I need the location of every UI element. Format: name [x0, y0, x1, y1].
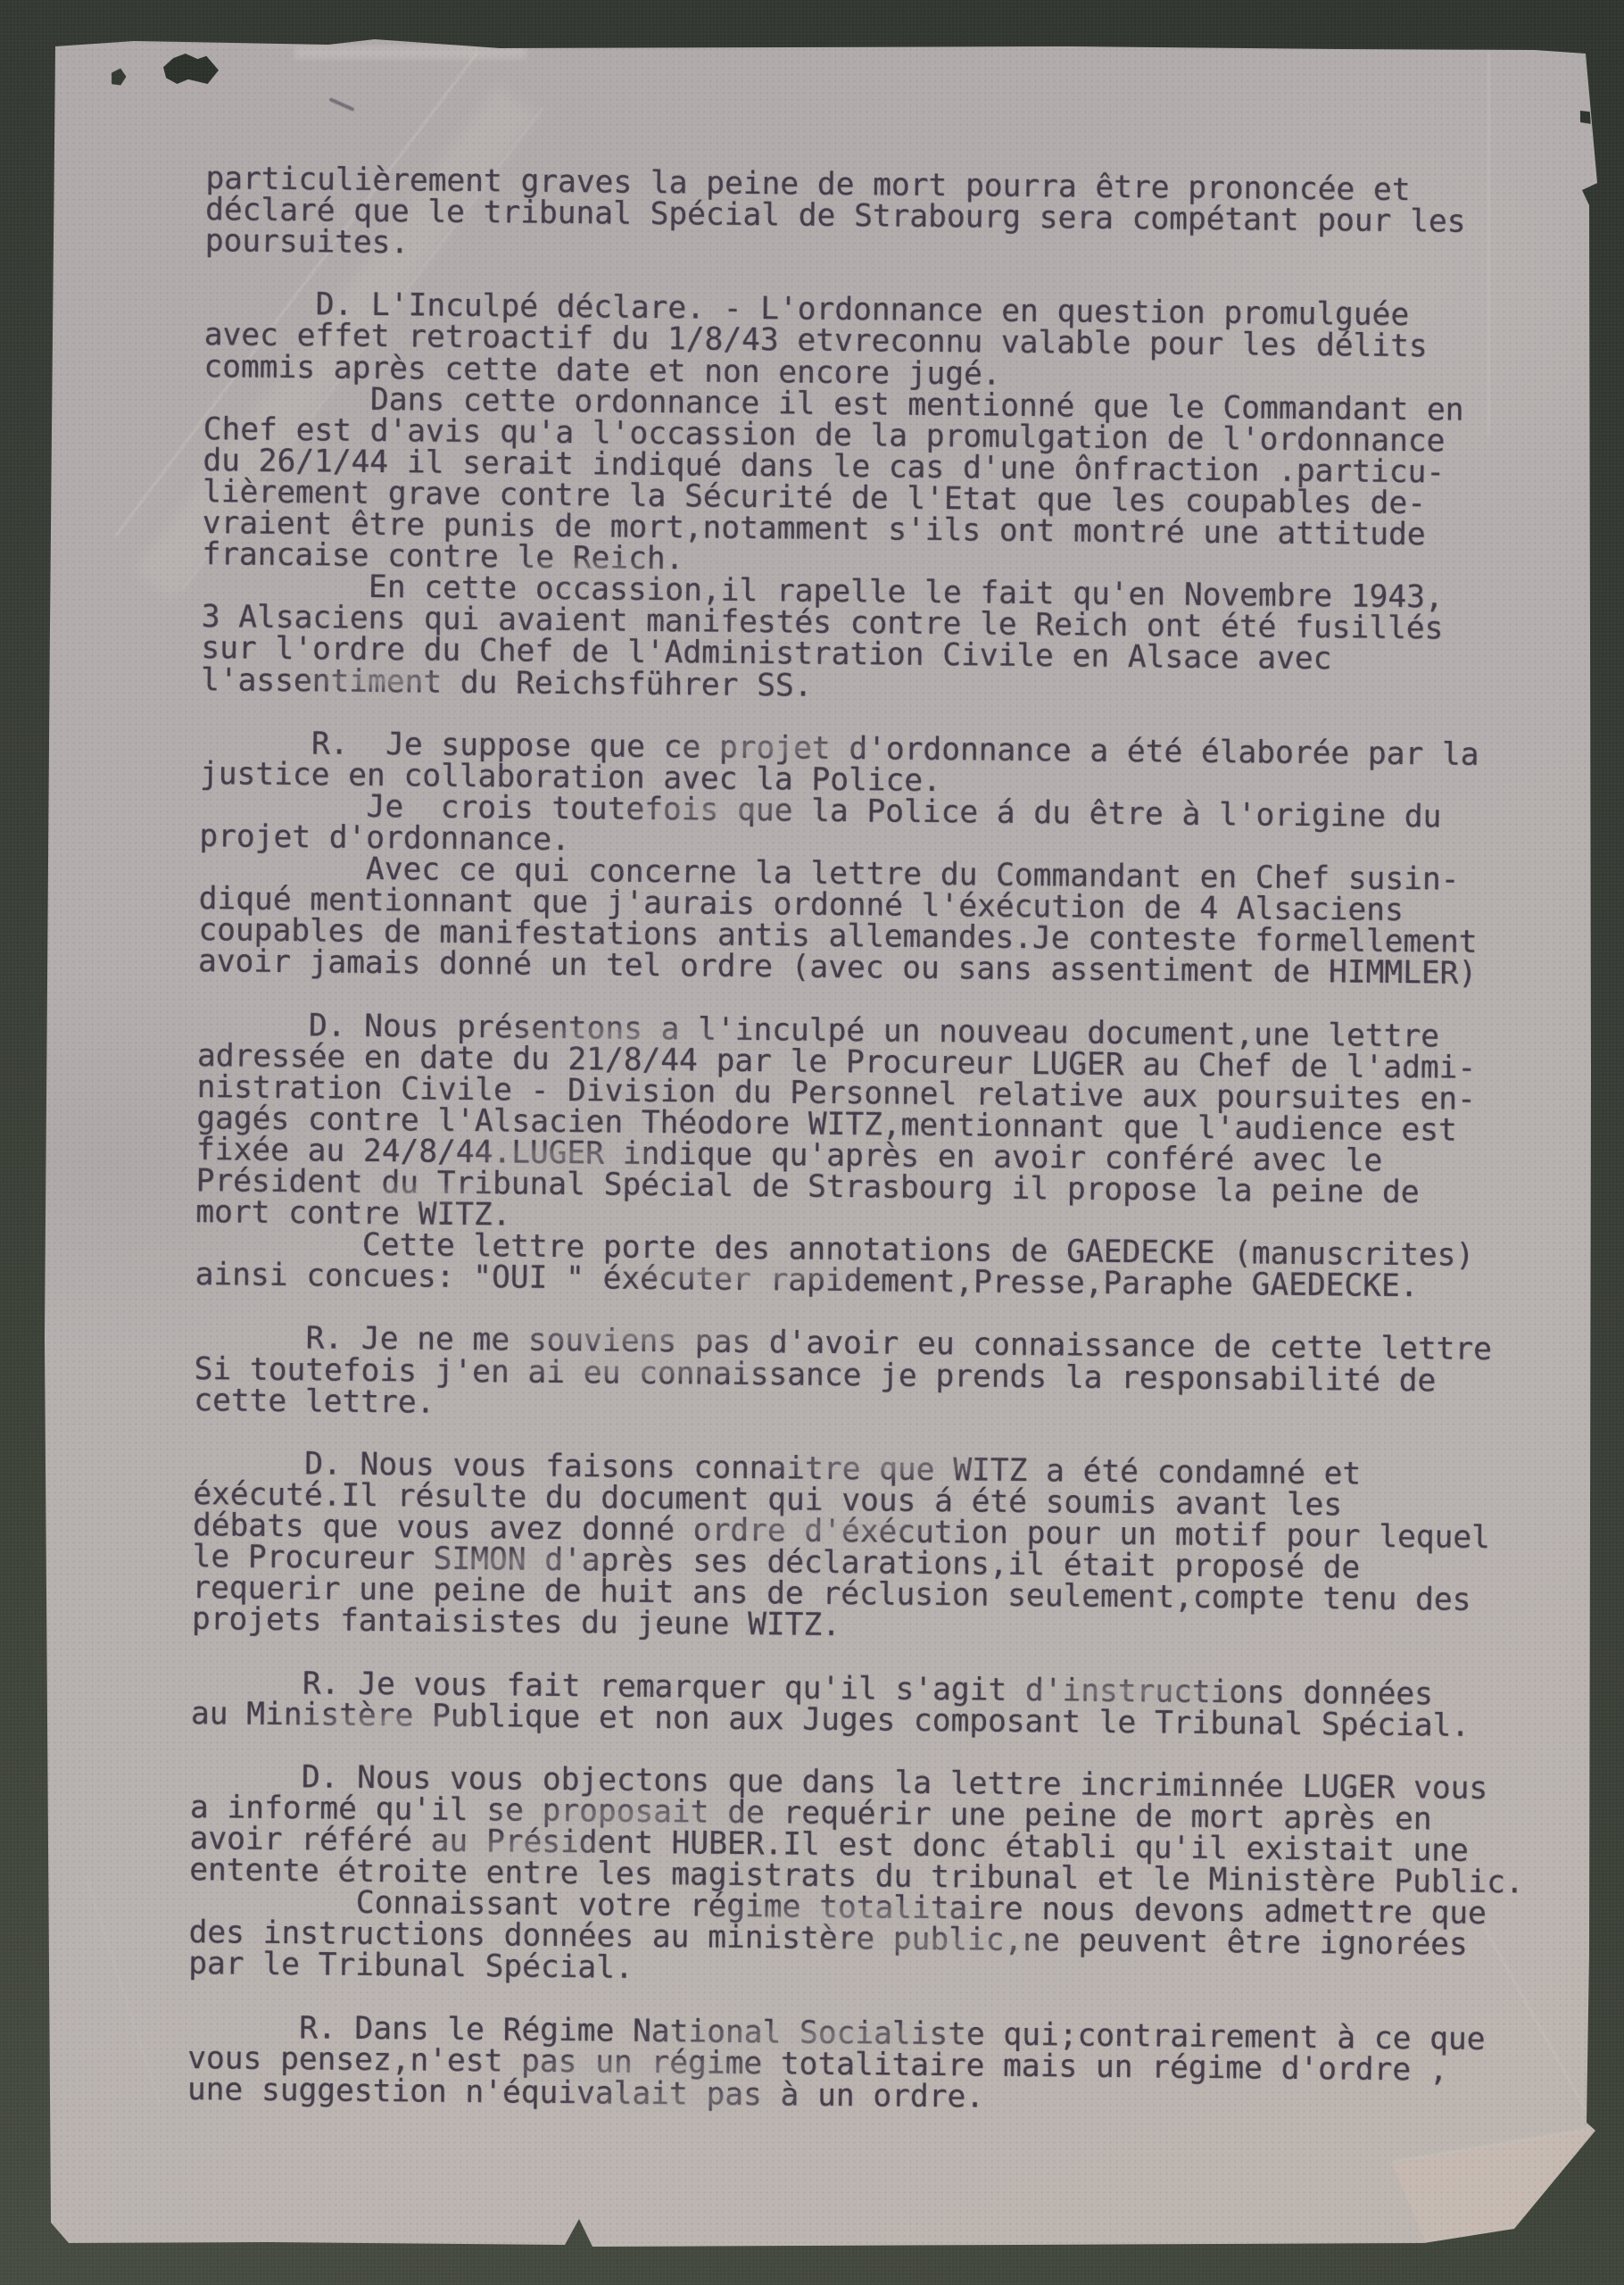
paper-sheet: particulièrement graves la peine de mort…: [0, 0, 1624, 2285]
typed-text-block: particulièrement graves la peine de mort…: [187, 163, 1540, 2118]
paper-tear-hole: [163, 54, 219, 84]
paper-tear-small: [106, 65, 128, 87]
crease-line: [1392, 2128, 1595, 2165]
document-scan: particulièrement graves la peine de mort…: [0, 0, 1624, 2285]
pen-mark: [328, 97, 354, 112]
folded-corner: [1374, 2115, 1606, 2254]
crease-line: [84, 1875, 161, 2106]
paper-top-fold: [294, 46, 526, 59]
edge-tear-mark: [1578, 109, 1592, 126]
